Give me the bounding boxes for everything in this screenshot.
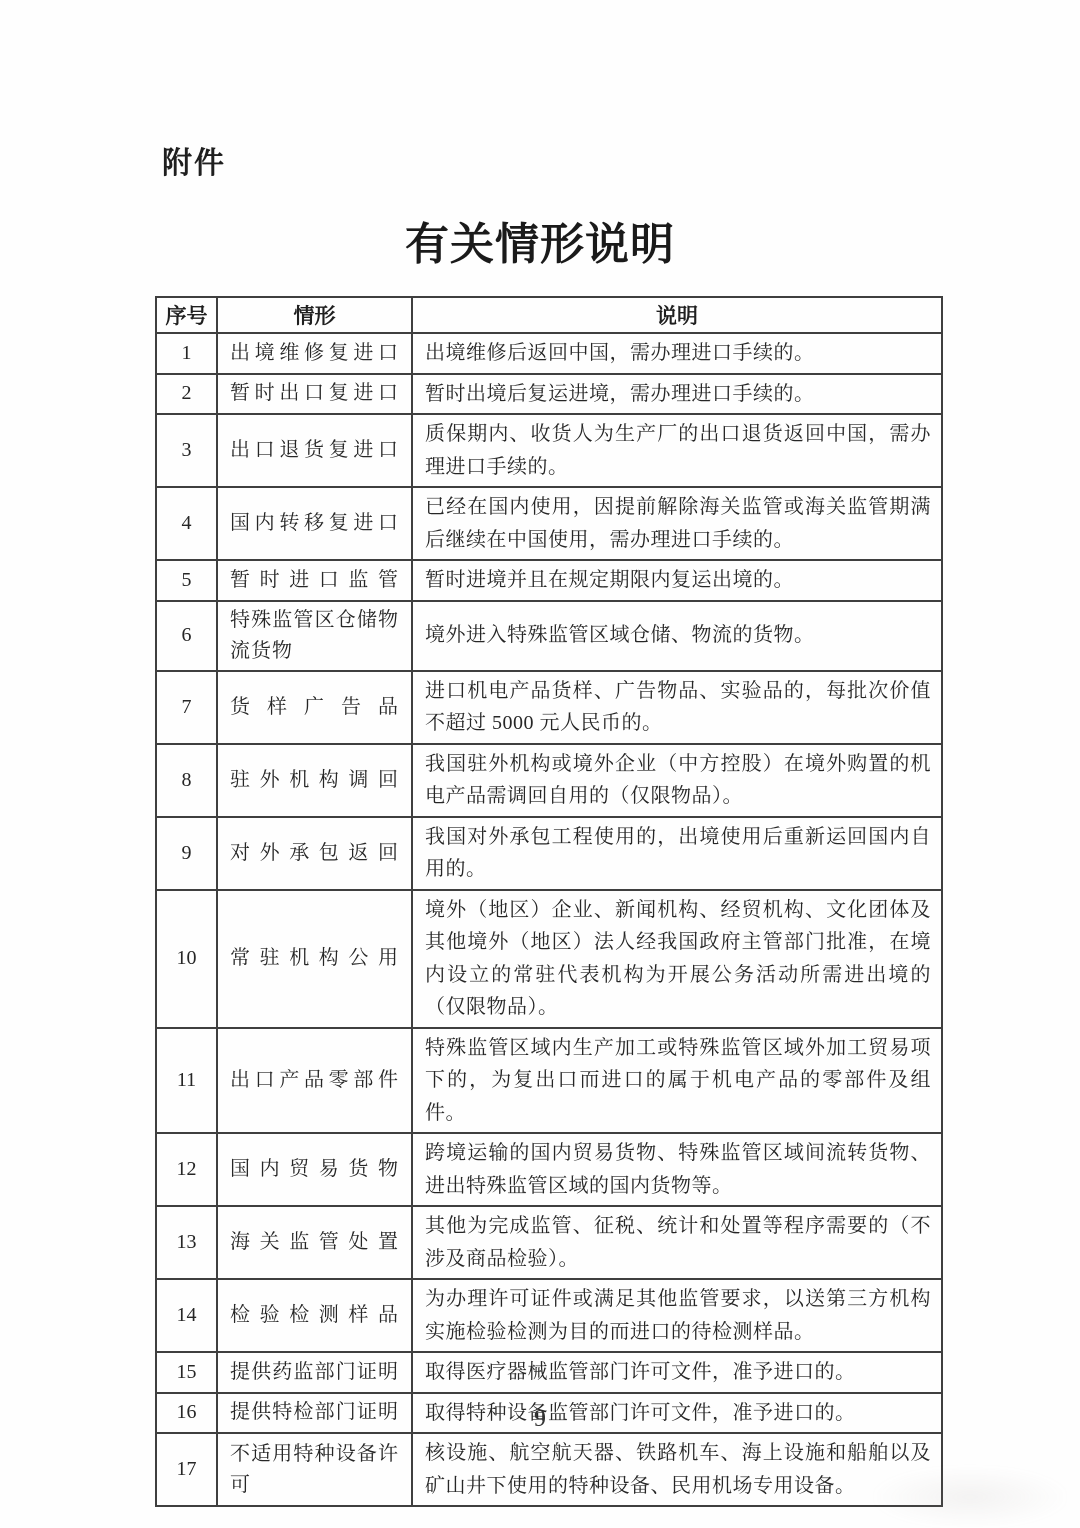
situations-table-container: 序号 情形 说明 1 出境维修复进口 出境维修后返回中国，需办理进口手续的。 2… bbox=[155, 296, 941, 1507]
cell-no: 10 bbox=[156, 890, 217, 1028]
document-page: { "page": { "attachment_label": "附件", "t… bbox=[0, 0, 1080, 1528]
cell-description: 跨境运输的国内贸易货物、特殊监管区域间流转货物、进出特殊监管区域的国内货物等。 bbox=[412, 1133, 942, 1206]
situations-table: 序号 情形 说明 1 出境维修复进口 出境维修后返回中国，需办理进口手续的。 2… bbox=[155, 296, 943, 1507]
cell-no: 9 bbox=[156, 817, 217, 890]
cell-situation: 国内转移复进口 bbox=[217, 487, 412, 560]
cell-no: 3 bbox=[156, 414, 217, 487]
cell-no: 6 bbox=[156, 601, 217, 671]
table-row: 15 提供药监部门证明 取得医疗器械监管部门许可文件，准予进口的。 bbox=[156, 1352, 942, 1393]
cell-situation: 特殊监管区仓储物流货物 bbox=[217, 601, 412, 671]
cell-no: 15 bbox=[156, 1352, 217, 1393]
cell-description: 我国驻外机构或境外企业（中方控股）在境外购置的机电产品需调回自用的（仅限物品）。 bbox=[412, 744, 942, 817]
table-row: 10 常驻机构公用 境外（地区）企业、新闻机构、经贸机构、文化团体及其他境外（地… bbox=[156, 890, 942, 1028]
cell-situation: 暂时进口监管 bbox=[217, 560, 412, 601]
cell-no: 14 bbox=[156, 1279, 217, 1352]
table-row: 3 出口退货复进口 质保期内、收货人为生产厂的出口退货返回中国，需办理进口手续的… bbox=[156, 414, 942, 487]
table-row: 14 检验检测样品 为办理许可证件或满足其他监管要求，以送第三方机构实施检验检测… bbox=[156, 1279, 942, 1352]
cell-situation: 常驻机构公用 bbox=[217, 890, 412, 1028]
cell-situation: 国内贸易货物 bbox=[217, 1133, 412, 1206]
cell-no: 12 bbox=[156, 1133, 217, 1206]
cell-description: 质保期内、收货人为生产厂的出口退货返回中国，需办理进口手续的。 bbox=[412, 414, 942, 487]
cell-no: 1 bbox=[156, 333, 217, 374]
cell-situation: 提供药监部门证明 bbox=[217, 1352, 412, 1393]
cell-description: 特殊监管区域内生产加工或特殊监管区域外加工贸易项下的，为复出口而进口的属于机电产… bbox=[412, 1028, 942, 1134]
column-header-no: 序号 bbox=[156, 297, 217, 333]
cell-no: 4 bbox=[156, 487, 217, 560]
cell-no: 11 bbox=[156, 1028, 217, 1134]
cell-description: 核设施、航空航天器、铁路机车、海上设施和船舶以及矿山井下使用的特种设备、民用机场… bbox=[412, 1433, 942, 1506]
cell-situation: 出境维修复进口 bbox=[217, 333, 412, 374]
table-row: 7 货样广告品 进口机电产品货样、广告物品、实验品的，每批次价值不超过 5000… bbox=[156, 671, 942, 744]
table-row: 5 暂时进口监管 暂时进境并且在规定期限内复运出境的。 bbox=[156, 560, 942, 601]
table-header-row: 序号 情形 说明 bbox=[156, 297, 942, 333]
cell-description: 我国对外承包工程使用的，出境使用后重新运回国内自用的。 bbox=[412, 817, 942, 890]
cell-description: 境外进入特殊监管区域仓储、物流的货物。 bbox=[412, 601, 942, 671]
cell-situation: 货样广告品 bbox=[217, 671, 412, 744]
table-row: 2 暂时出口复进口 暂时出境后复运进境，需办理进口手续的。 bbox=[156, 374, 942, 415]
cell-no: 2 bbox=[156, 374, 217, 415]
table-row: 13 海关监管处置 其他为完成监管、征税、统计和处置等程序需要的（不涉及商品检验… bbox=[156, 1206, 942, 1279]
cell-description: 取得医疗器械监管部门许可文件，准予进口的。 bbox=[412, 1352, 942, 1393]
table-row: 11 出口产品零部件 特殊监管区域内生产加工或特殊监管区域外加工贸易项下的，为复… bbox=[156, 1028, 942, 1134]
watermark-smudge bbox=[875, 1468, 1065, 1526]
page-number: 9 bbox=[0, 1406, 1080, 1433]
cell-description: 暂时进境并且在规定期限内复运出境的。 bbox=[412, 560, 942, 601]
cell-description: 暂时出境后复运进境，需办理进口手续的。 bbox=[412, 374, 942, 415]
table-row: 17 不适用特种设备许可 核设施、航空航天器、铁路机车、海上设施和船舶以及矿山井… bbox=[156, 1433, 942, 1506]
column-header-situation: 情形 bbox=[217, 297, 412, 333]
cell-situation: 驻外机构调回 bbox=[217, 744, 412, 817]
attachment-label: 附件 bbox=[162, 138, 226, 182]
cell-situation: 出口产品零部件 bbox=[217, 1028, 412, 1134]
cell-no: 7 bbox=[156, 671, 217, 744]
table-row: 1 出境维修复进口 出境维修后返回中国，需办理进口手续的。 bbox=[156, 333, 942, 374]
cell-description: 进口机电产品货样、广告物品、实验品的，每批次价值不超过 5000 元人民币的。 bbox=[412, 671, 942, 744]
cell-situation: 不适用特种设备许可 bbox=[217, 1433, 412, 1506]
table-row: 8 驻外机构调回 我国驻外机构或境外企业（中方控股）在境外购置的机电产品需调回自… bbox=[156, 744, 942, 817]
cell-no: 17 bbox=[156, 1433, 217, 1506]
cell-description: 出境维修后返回中国，需办理进口手续的。 bbox=[412, 333, 942, 374]
cell-description: 境外（地区）企业、新闻机构、经贸机构、文化团体及其他境外（地区）法人经我国政府主… bbox=[412, 890, 942, 1028]
page-title: 有关情形说明 bbox=[0, 208, 1080, 272]
cell-situation: 检验检测样品 bbox=[217, 1279, 412, 1352]
cell-no: 8 bbox=[156, 744, 217, 817]
table-row: 9 对外承包返回 我国对外承包工程使用的，出境使用后重新运回国内自用的。 bbox=[156, 817, 942, 890]
table-row: 12 国内贸易货物 跨境运输的国内贸易货物、特殊监管区域间流转货物、进出特殊监管… bbox=[156, 1133, 942, 1206]
cell-situation: 对外承包返回 bbox=[217, 817, 412, 890]
table-row: 4 国内转移复进口 已经在国内使用，因提前解除海关监管或海关监管期满后继续在中国… bbox=[156, 487, 942, 560]
table-row: 6 特殊监管区仓储物流货物 境外进入特殊监管区域仓储、物流的货物。 bbox=[156, 601, 942, 671]
cell-description: 其他为完成监管、征税、统计和处置等程序需要的（不涉及商品检验）。 bbox=[412, 1206, 942, 1279]
cell-no: 13 bbox=[156, 1206, 217, 1279]
table-body: 1 出境维修复进口 出境维修后返回中国，需办理进口手续的。 2 暂时出口复进口 … bbox=[156, 333, 942, 1506]
cell-situation: 暂时出口复进口 bbox=[217, 374, 412, 415]
cell-description: 已经在国内使用，因提前解除海关监管或海关监管期满后继续在中国使用，需办理进口手续… bbox=[412, 487, 942, 560]
cell-situation: 海关监管处置 bbox=[217, 1206, 412, 1279]
cell-no: 5 bbox=[156, 560, 217, 601]
column-header-description: 说明 bbox=[412, 297, 942, 333]
cell-situation: 出口退货复进口 bbox=[217, 414, 412, 487]
cell-description: 为办理许可证件或满足其他监管要求，以送第三方机构实施检验检测为目的而进口的待检测… bbox=[412, 1279, 942, 1352]
